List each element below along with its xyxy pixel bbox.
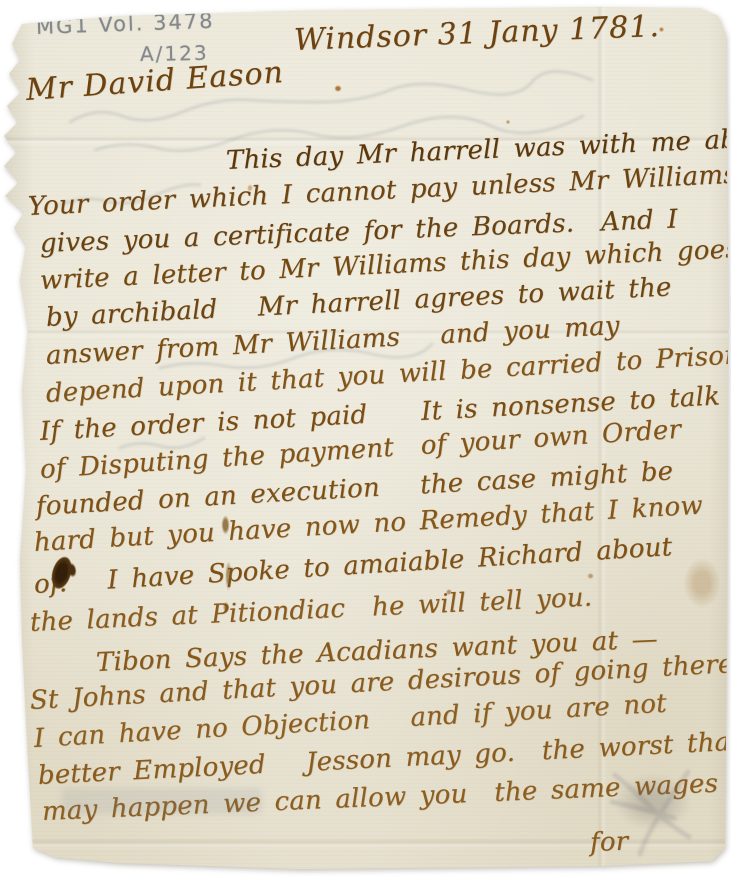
fox-spot [445,588,453,596]
ink-drip-stain [220,512,231,538]
bleedthrough-smudge [598,762,708,842]
fox-spot [586,572,595,580]
ink-drip-stain [224,556,233,596]
ink-drip-stain [222,600,230,614]
archival-reference-volume: MG1 Vol. 3478 [36,10,215,39]
dateline: Windsor 31 Jany 1781. [293,10,660,57]
scanned-letter: MG1 Vol. 3478 A/123 Windsor 31 Jany 1781… [0,0,731,876]
fox-spot [246,183,254,193]
bleedthrough-smudge [62,788,262,814]
letter-paper: MG1 Vol. 3478 A/123 Windsor 31 Jany 1781… [0,0,731,876]
addressee: Mr David Eason [25,56,285,107]
fox-spot [333,84,343,93]
paper-stain [676,548,728,618]
fox-spot [505,119,511,125]
paper-wrap: MG1 Vol. 3478 A/123 Windsor 31 Jany 1781… [0,0,731,876]
fox-spot [658,26,665,33]
